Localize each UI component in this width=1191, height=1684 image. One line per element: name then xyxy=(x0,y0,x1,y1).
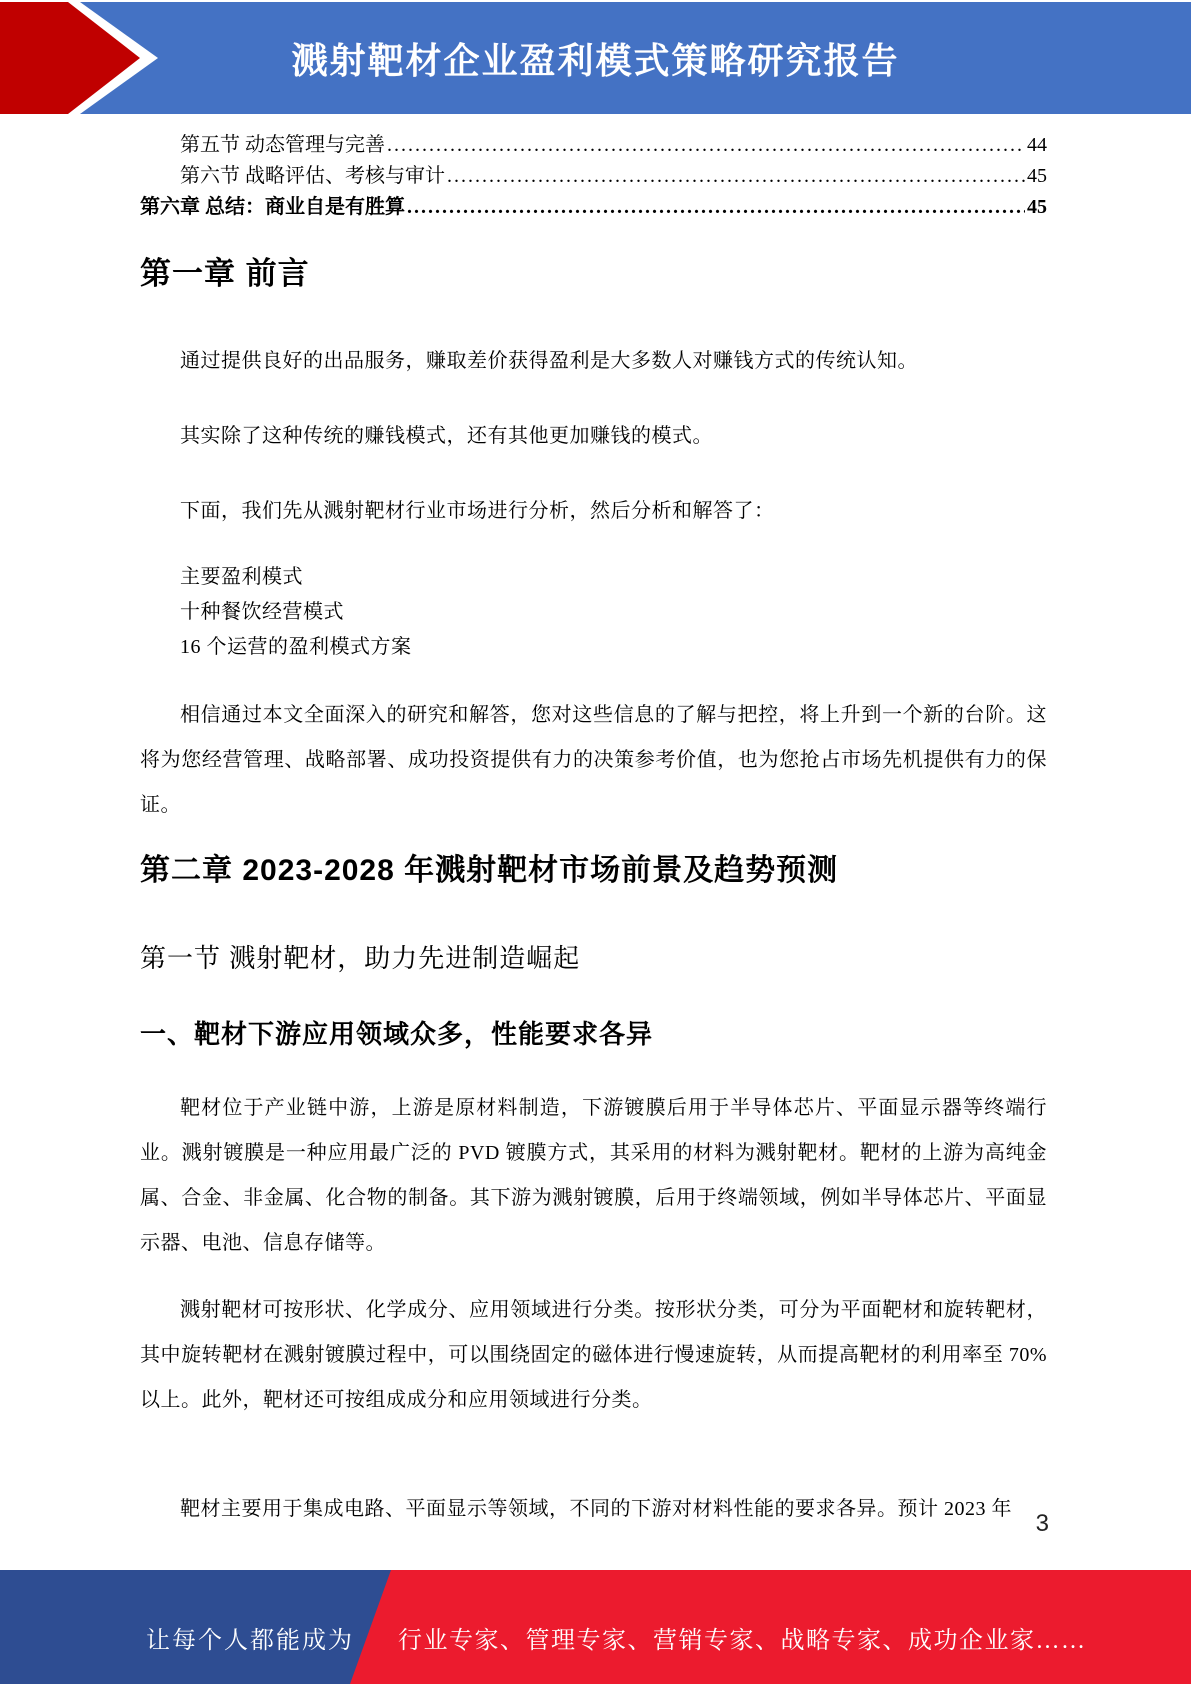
toc-entry-label: 第六章 总结：商业自是有胜算 xyxy=(140,192,405,223)
toc-entry[interactable]: 第六章 总结：商业自是有胜算 45 xyxy=(140,192,1047,223)
toc-dot-leader xyxy=(407,192,1025,223)
page-number: 3 xyxy=(1036,1510,1049,1538)
red-arrow-icon xyxy=(0,2,170,114)
list-item: 十种餐饮经营模式 xyxy=(140,595,1047,630)
toc-dot-leader xyxy=(447,161,1025,192)
toc-page-number: 45 xyxy=(1027,192,1047,223)
page-footer: 让每个人都能成为 行业专家、管理专家、营销专家、战略专家、成功企业家…… xyxy=(0,1570,1191,1684)
toc-entry-label: 第五节 动态管理与完善 xyxy=(180,130,385,161)
report-title: 溅射靶材企业盈利模式策略研究报告 xyxy=(0,2,1191,114)
chapter1-heading: 第一章 前言 xyxy=(140,253,1047,295)
toc-dot-leader xyxy=(387,130,1025,161)
document-body: 第五节 动态管理与完善 44 第六节 战略评估、考核与审计 45 第六章 总结：… xyxy=(140,114,1047,1532)
list-item: 16 个运营的盈利模式方案 xyxy=(140,630,1047,665)
chapter2-heading: 第二章 2023-2028 年溅射靶材市场前景及趋势预测 xyxy=(140,850,1047,892)
document-page: 溅射靶材企业盈利模式策略研究报告 第五节 动态管理与完善 44 第六节 战略评估… xyxy=(0,0,1191,1684)
paragraph: 其实除了这种传统的赚钱模式，还有其他更加赚钱的模式。 xyxy=(140,414,1047,459)
footer-slogan-left: 让每个人都能成为 xyxy=(146,1620,354,1655)
paragraph: 靶材主要用于集成电路、平面显示等领域，不同的下游对材料性能的要求各异。预计 20… xyxy=(140,1487,1047,1532)
subsection1-heading: 一、靶材下游应用领域众多，性能要求各异 xyxy=(140,1016,1047,1052)
toc-entry-label: 第六节 战略评估、考核与审计 xyxy=(180,161,445,192)
paragraph: 靶材位于产业链中游，上游是原材料制造，下游镀膜后用于半导体芯片、平面显示器等终端… xyxy=(140,1086,1047,1266)
list-item: 主要盈利模式 xyxy=(140,560,1047,595)
paragraph: 下面，我们先从溅射靶材行业市场进行分析，然后分析和解答了： xyxy=(140,489,1047,534)
table-of-contents: 第五节 动态管理与完善 44 第六节 战略评估、考核与审计 45 第六章 总结：… xyxy=(140,114,1047,223)
toc-entry[interactable]: 第六节 战略评估、考核与审计 45 xyxy=(140,161,1047,192)
section1-heading: 第一节 溅射靶材，助力先进制造崛起 xyxy=(140,940,1047,976)
footer-slogan-right: 行业专家、管理专家、营销专家、战略专家、成功企业家…… xyxy=(398,1620,1087,1655)
paragraph: 溅射靶材可按形状、化学成分、应用领域进行分类。按形状分类，可分为平面靶材和旋转靶… xyxy=(140,1288,1047,1423)
paragraph: 相信通过本文全面深入的研究和解答，您对这些信息的了解与把控，将上升到一个新的台阶… xyxy=(140,693,1047,828)
report-header: 溅射靶材企业盈利模式策略研究报告 xyxy=(0,2,1191,114)
paragraph: 通过提供良好的出品服务，赚取差价获得盈利是大多数人对赚钱方式的传统认知。 xyxy=(140,339,1047,384)
toc-entry[interactable]: 第五节 动态管理与完善 44 xyxy=(140,130,1047,161)
toc-page-number: 44 xyxy=(1027,130,1047,161)
toc-page-number: 45 xyxy=(1027,161,1047,192)
